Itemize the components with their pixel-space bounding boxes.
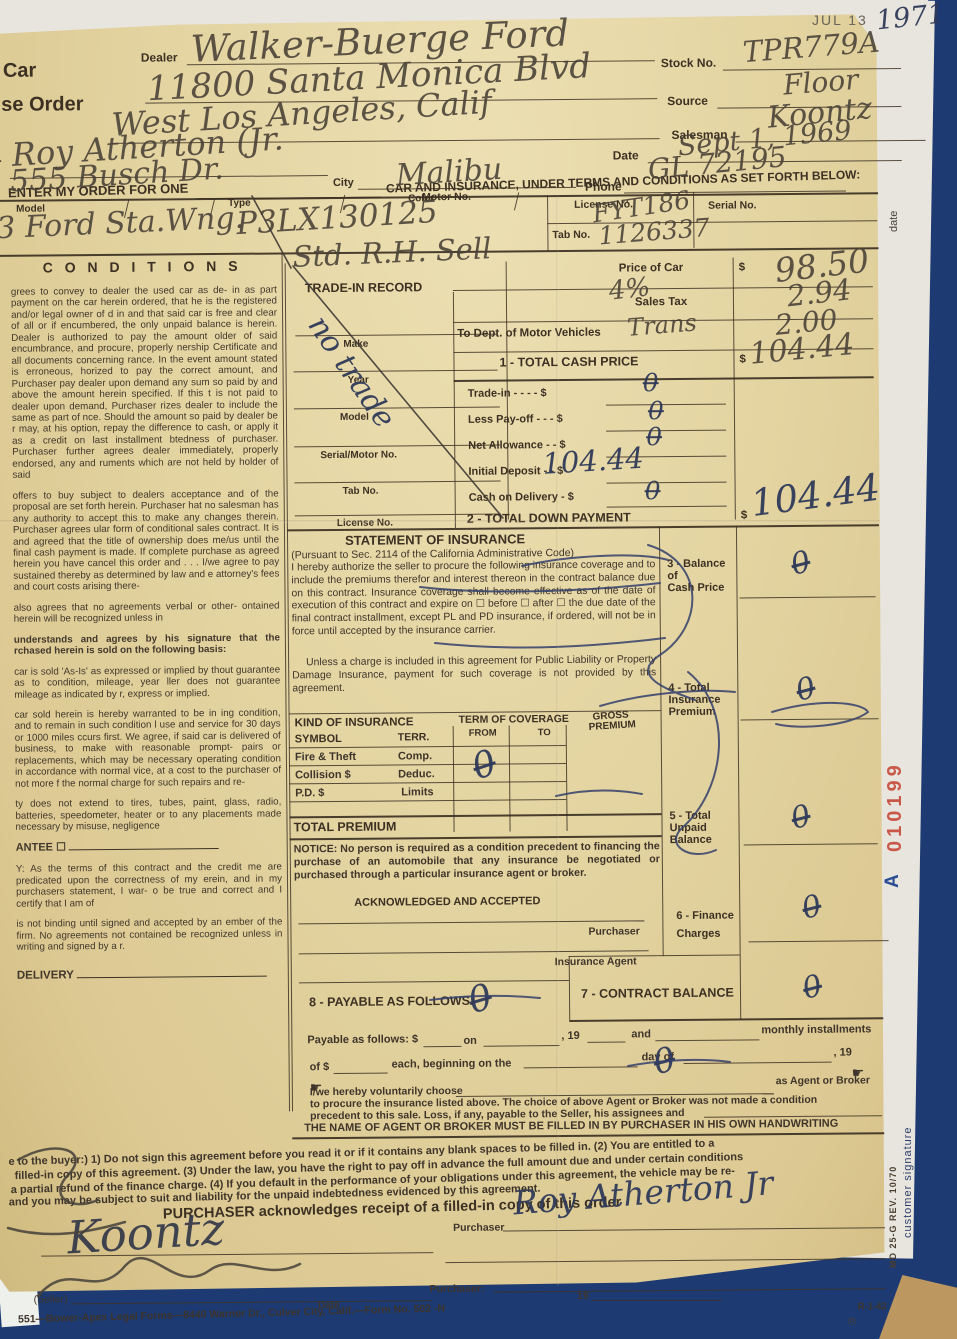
purchaser2-line bbox=[494, 1288, 886, 1292]
dmv-note: Trans bbox=[626, 310, 697, 339]
stock-no-label: Stock No. bbox=[661, 56, 716, 70]
balance5-label: 5 - Total bbox=[669, 810, 710, 822]
less-payoff-value: 0 bbox=[648, 398, 664, 423]
payable-blank2 bbox=[483, 1045, 559, 1047]
stock-handwriting: TPR779A bbox=[742, 27, 881, 67]
payable-blank6 bbox=[524, 1066, 638, 1068]
purchaser-sig-label: Purchaser bbox=[453, 1222, 504, 1234]
balance4-value: 0 bbox=[793, 673, 819, 707]
ins-row-line-1 bbox=[289, 763, 566, 766]
koontz-signature: Koontz bbox=[66, 1206, 226, 1261]
ins-total-label: TOTAL PREMIUM bbox=[293, 819, 396, 834]
guarantee-label: ANTEE bbox=[16, 842, 53, 854]
photo-of-purchase-order: Car se Order r. Dealer City Stock No. So… bbox=[0, 0, 957, 1339]
payable-blank4 bbox=[655, 1039, 759, 1041]
year-19-bottom: 19 bbox=[577, 1290, 589, 1302]
payable-top-line bbox=[299, 980, 569, 983]
conditions-p0: grees to convey to dealer the used car a… bbox=[11, 284, 279, 481]
customer-signature-vertical: customer signature bbox=[902, 1126, 914, 1238]
date-vertical-label: date bbox=[888, 211, 900, 232]
purchaser2-label: Purchaser: bbox=[430, 1283, 485, 1295]
ins-row1-terr: Deduc. bbox=[398, 768, 435, 780]
initial-deposit-value: 104.44 bbox=[542, 444, 645, 479]
conditions-p5: car sold herein is hereby warranted to b… bbox=[15, 707, 282, 789]
less-payoff-label: Less Pay-off - - - $ bbox=[468, 413, 563, 426]
tab-no-label: Tab No. bbox=[552, 229, 590, 241]
conditions-p3: understands and agrees by his signature … bbox=[14, 632, 280, 657]
letter-a-mark: A bbox=[882, 874, 904, 888]
balance3-line bbox=[740, 596, 876, 598]
form-content: Car se Order r. Dealer City Stock No. So… bbox=[0, 0, 957, 1339]
ins-h-gross2: PREMIUM bbox=[588, 719, 636, 733]
ins-h-terr: TERR. bbox=[398, 731, 430, 743]
conditions-title: C O N D I T I O N S bbox=[43, 258, 242, 276]
statement-body1: I hereby authorize the seller to procure… bbox=[291, 559, 656, 639]
guarantee-checkbox-icon: ☐ bbox=[56, 842, 66, 854]
circled-p-icon: ℗ bbox=[848, 1316, 856, 1328]
total-down-label: 2 - TOTAL DOWN PAYMENT bbox=[467, 510, 631, 525]
dmv-label: To Dept. of Motor Vehicles bbox=[457, 327, 601, 340]
payable-blank5 bbox=[334, 1073, 388, 1074]
payable-blank3 bbox=[587, 1041, 625, 1042]
ins-notice: NOTICE: No person is required as a condi… bbox=[294, 840, 660, 882]
ins-zero-handwriting: 0 bbox=[468, 745, 501, 786]
balance6-value: 0 bbox=[799, 891, 825, 925]
net-allowance-value: 0 bbox=[646, 424, 662, 449]
guarantee-blank-line bbox=[69, 849, 219, 851]
rev-code: R-1-42 bbox=[858, 1301, 887, 1312]
ins-h-symbol: SYMBOL bbox=[295, 733, 342, 745]
trade-license-label: License No. bbox=[337, 517, 393, 528]
payable-l1c: , 19 bbox=[561, 1030, 579, 1042]
ins-row0-kind: Fire & Theft bbox=[295, 751, 356, 764]
ins-purchaser-label: Purchaser bbox=[588, 925, 639, 937]
statement-title: STATEMENT OF INSURANCE bbox=[345, 531, 525, 548]
balance5-line bbox=[744, 843, 878, 845]
trade-in-title: TRADE-IN RECORD bbox=[305, 280, 422, 295]
guarantee-row: ANTEE ☐ bbox=[16, 840, 282, 855]
payable-blank1 bbox=[423, 1046, 461, 1047]
year-handwriting: 1971 bbox=[875, 0, 946, 34]
price-dollar-rule bbox=[733, 258, 736, 520]
cash-delivery-line bbox=[607, 506, 727, 508]
contract-balance-label: 7 - CONTRACT BALANCE bbox=[581, 986, 734, 1001]
ins-agent-label: Insurance Agent bbox=[555, 955, 637, 968]
sales-tax-rate: 4% bbox=[608, 274, 652, 305]
balance3-value: 0 bbox=[788, 547, 814, 581]
dealer-label: Dealer bbox=[141, 50, 178, 64]
price-of-car-dollar: $ bbox=[739, 261, 746, 273]
trade-in-row-line bbox=[606, 404, 726, 406]
ins-row2-kind: P.D. $ bbox=[295, 787, 324, 799]
seller-label: (Seller) bbox=[34, 1293, 68, 1305]
payable-l2a: of $ bbox=[310, 1061, 330, 1073]
contract-balance-value: 0 bbox=[800, 971, 826, 1005]
trade-tab-label: Tab No. bbox=[343, 486, 379, 497]
conditions-p4: car is sold 'As-Is' as expressed or impl… bbox=[14, 664, 280, 701]
jul-stamp: JUL 13 bbox=[812, 12, 868, 28]
payable-blank7 bbox=[684, 1062, 832, 1064]
trade-in-row-value: 0 bbox=[643, 370, 659, 395]
conditions-p2: also agrees that no agreements verbal or… bbox=[14, 600, 280, 625]
purchaser-sig-line bbox=[503, 1227, 885, 1231]
balance4-label: 4 - Total bbox=[668, 682, 709, 694]
source-label: Source bbox=[667, 94, 708, 108]
payable-l1e: monthly installments bbox=[761, 1023, 871, 1036]
balance5-value: 0 bbox=[788, 801, 814, 835]
form-title-fragment-car: Car bbox=[3, 60, 37, 83]
ins-row-line-0 bbox=[289, 745, 566, 748]
balance3-label3: Cash Price bbox=[667, 582, 724, 594]
payable-title: 8 - PAYABLE AS FOLLOWS: bbox=[309, 994, 474, 1009]
purchaser-sig-line-ins bbox=[298, 920, 644, 924]
ins-h-term: TERM OF COVERAGE bbox=[459, 713, 569, 726]
statement-right-rule bbox=[659, 526, 664, 956]
contract-balance-top bbox=[569, 954, 740, 956]
payable-l2b: each, beginning on the bbox=[392, 1057, 512, 1070]
total-cash-value: 104.44 bbox=[748, 330, 855, 370]
date-label: Date bbox=[613, 148, 639, 162]
agent-right-label: as Agent or Broker bbox=[776, 1074, 870, 1087]
date-bottom-line bbox=[592, 1300, 722, 1301]
initial-deposit-line bbox=[607, 482, 727, 484]
cash-delivery-value: 0 bbox=[645, 478, 661, 503]
payable-zero1: 0 bbox=[464, 979, 496, 1020]
conditions-p1: offers to buy subject to dealers accepta… bbox=[13, 488, 280, 593]
conditions-text: grees to convey to dealer the used car a… bbox=[11, 284, 283, 991]
agent-sig-line bbox=[299, 950, 649, 954]
purchaser-label-fragment: r. bbox=[0, 154, 2, 165]
total-cash-dollar: $ bbox=[739, 353, 746, 365]
balance4-label2: Insurance bbox=[668, 694, 720, 706]
payable-l1a: Payable as follows: $ bbox=[307, 1033, 418, 1046]
ins-row1-kind: Collision $ bbox=[295, 769, 351, 781]
conditions-p6: ty does not extend to tires, tubes, pain… bbox=[15, 797, 281, 834]
contract-balance-bottom bbox=[569, 1017, 883, 1022]
city-label: City bbox=[333, 177, 354, 189]
delivery-row: DELIVERY bbox=[17, 967, 283, 983]
payable-l2d: , 19 bbox=[833, 1047, 851, 1059]
city-handwriting: Malibu bbox=[395, 155, 503, 191]
ins-row2-terr: Limits bbox=[401, 786, 434, 798]
total-down-value: 104.44 bbox=[749, 469, 882, 523]
ins-total-topline bbox=[289, 813, 661, 818]
total-cash-label: 1 - TOTAL CASH PRICE bbox=[499, 354, 638, 369]
ins-row-line-3 bbox=[289, 799, 566, 802]
ins-row-line-2 bbox=[289, 781, 566, 784]
red-stamp-number: 010199 bbox=[884, 761, 907, 852]
statement-subtitle: (Pursuant to Sec. 2114 of the California… bbox=[291, 547, 574, 561]
payable-l1b: on bbox=[463, 1035, 477, 1047]
ins-h-kind: KIND OF INSURANCE bbox=[295, 716, 414, 729]
total-down-dollar: $ bbox=[741, 509, 748, 521]
conditions-p8: is not binding until signed and accepted… bbox=[16, 917, 282, 954]
balance5-label3: Balance bbox=[670, 834, 712, 846]
middle-blank-line bbox=[445, 1258, 885, 1263]
trade-serial-label: Serial/Motor No. bbox=[320, 449, 397, 461]
balance-col-rule bbox=[736, 525, 741, 1019]
ins-h-from: FROM bbox=[469, 728, 497, 739]
delivery-blank-line bbox=[77, 975, 267, 978]
conditions-p7: Y: As the terms of this contract and the… bbox=[16, 862, 282, 910]
balance3-label2: of bbox=[667, 570, 677, 582]
serial-no-label: Serial No. bbox=[708, 199, 757, 211]
statement-body2: Unless a charge is included in this agre… bbox=[292, 654, 656, 696]
total-cash-underline bbox=[454, 376, 874, 382]
balance6-line bbox=[749, 940, 889, 942]
ack-accepted: ACKNOWLEDGED AND ACCEPTED bbox=[354, 895, 540, 909]
model-handwriting: 3 Ford Sta.Wng. bbox=[0, 203, 245, 244]
ins-row0-terr: Comp. bbox=[398, 750, 432, 762]
form-title-fragment-order: se Order bbox=[1, 93, 83, 117]
ins-h-to: TO bbox=[538, 727, 551, 738]
ins-total-underline bbox=[290, 835, 662, 840]
balance4-label3: Premium bbox=[668, 706, 715, 718]
form-rev-vertical: MD 25-G REV. 10/70 bbox=[888, 1166, 898, 1268]
payable-l1d: and bbox=[631, 1028, 651, 1040]
trade-in-row-label: Trade-in - - - - $ bbox=[468, 387, 547, 400]
delivery-label: DELIVERY bbox=[17, 969, 74, 981]
balance6-label2: Charges bbox=[676, 928, 720, 940]
price-of-car-label: Price of Car bbox=[619, 262, 684, 275]
balance5-label2: Unpaid bbox=[670, 822, 707, 834]
date-label-bottom: Date bbox=[318, 1300, 340, 1312]
balance3-label: 3 - Balance bbox=[667, 558, 725, 571]
less-payoff-line bbox=[606, 430, 726, 432]
balance6-label: 6 - Finance bbox=[676, 910, 734, 923]
balance4-line bbox=[741, 718, 879, 720]
payable-zero2: 0 bbox=[650, 1042, 679, 1080]
motor-handwriting: P3LX130125 bbox=[235, 197, 438, 240]
cash-delivery-label: Cash on Delivery - $ bbox=[469, 491, 574, 504]
